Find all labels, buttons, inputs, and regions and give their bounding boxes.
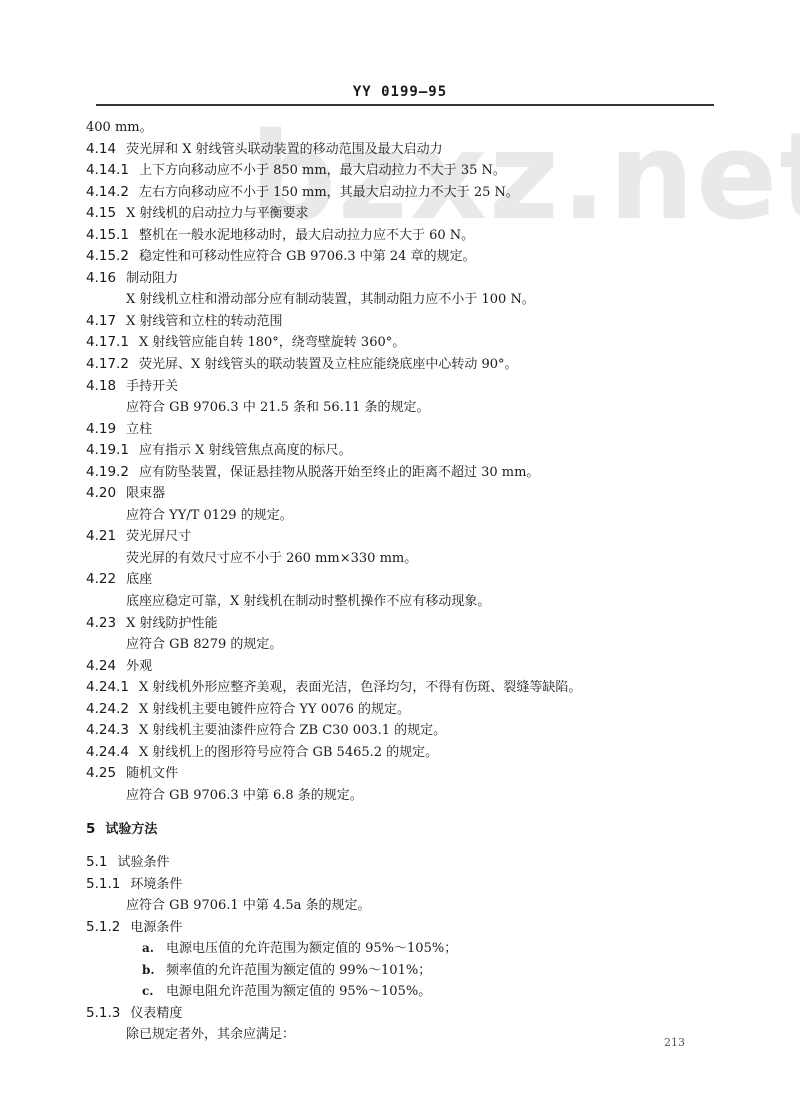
body-text: 除已规定者外，其余应满足：	[86, 1024, 726, 1046]
list-marker: c.	[142, 981, 166, 1003]
clause-text: 上下方向移动应不小于 850 mm，最大启动拉力不大于 35 N。	[139, 163, 506, 178]
clause-text: X 射线机的启动拉力与平衡要求	[126, 206, 308, 221]
clause-text: X 射线机主要电镀件应符合 YY 0076 的规定。	[139, 702, 410, 717]
list-text: 频率值的允许范围为额定值的 99%～101%；	[166, 963, 431, 978]
section-heading: 5试验方法	[86, 819, 726, 841]
clause-number: 4.24.1	[86, 677, 129, 699]
clause-line: 4.22底座	[86, 569, 726, 591]
clause-line: 4.25随机文件	[86, 763, 726, 785]
list-item: b.频率值的允许范围为额定值的 99%～101%；	[86, 960, 726, 982]
clause-text: 试验条件	[117, 855, 169, 870]
body-text: 应符合 GB 9706.3 中 21.5 条和 56.11 条的规定。	[86, 397, 726, 419]
clause-text: 稳定性和可移动性应符合 GB 9706.3 中第 24 章的规定。	[139, 249, 476, 264]
clause-number: 4.25	[86, 763, 116, 785]
header-rule	[96, 104, 714, 106]
clause-line: 4.17.2荧光屏、X 射线管头的联动装置及立柱应能绕底座中心转动 90°。	[86, 354, 726, 376]
clause-number: 4.17.2	[86, 354, 129, 376]
clause-text: 底座	[126, 572, 152, 587]
body-text: 应符合 GB 9706.3 中第 6.8 条的规定。	[86, 785, 726, 807]
clause-line: 4.24.2X 射线机主要电镀件应符合 YY 0076 的规定。	[86, 699, 726, 721]
clause-text: 环境条件	[130, 877, 182, 892]
clause-line: 4.19立柱	[86, 419, 726, 441]
clause-line: 4.24.3X 射线机主要油漆件应符合 ZB C30 003.1 的规定。	[86, 720, 726, 742]
clause-line: 5.1试验条件	[86, 852, 726, 874]
clause-text: 随机文件	[126, 766, 178, 781]
clause-number: 4.19	[86, 419, 116, 441]
clause-text: X 射线防护性能	[126, 616, 217, 631]
clause-number: 4.19.1	[86, 440, 129, 462]
list-marker: b.	[142, 960, 166, 982]
clause-number: 4.22	[86, 569, 116, 591]
clause-line: 4.15X 射线机的启动拉力与平衡要求	[86, 203, 726, 225]
clause-number: 4.23	[86, 613, 116, 635]
clause-text: 仪表精度	[130, 1006, 182, 1021]
clause-number: 4.18	[86, 376, 116, 398]
clause-number: 4.17.1	[86, 332, 129, 354]
clause-text: 荧光屏尺寸	[126, 529, 191, 544]
clause-text: 应有防坠装置，保证悬挂物从脱落开始至终止的距离不超过 30 mm。	[139, 465, 539, 480]
clause-number: 4.24.2	[86, 699, 129, 721]
clause-number: 4.14.1	[86, 160, 129, 182]
page-number: 213	[664, 1036, 685, 1049]
body-text: 底座应稳定可靠，X 射线机在制动时整机操作不应有移动现象。	[86, 591, 726, 613]
clause-number: 5.1.1	[86, 874, 120, 896]
clause-line: 4.24.1X 射线机外形应整齐美观，表面光洁，色泽均匀，不得有伤斑、裂缝等缺陷…	[86, 677, 726, 699]
clause-text: X 射线机主要油漆件应符合 ZB C30 003.1 的规定。	[139, 723, 446, 738]
body-text: X 射线机立柱和滑动部分应有制动装置，其制动阻力应不小于 100 N。	[86, 289, 726, 311]
list-item: a.电源电压值的允许范围为额定值的 95%～105%；	[86, 938, 726, 960]
clause-line: 4.19.2应有防坠装置，保证悬挂物从脱落开始至终止的距离不超过 30 mm。	[86, 462, 726, 484]
clause-text: 试验方法	[105, 822, 157, 837]
clause-text: 电源条件	[130, 920, 182, 935]
document-header: YY 0199—95	[0, 84, 800, 100]
clause-line: 4.18手持开关	[86, 376, 726, 398]
clause-line: 4.21荧光屏尺寸	[86, 526, 726, 548]
clause-line: 4.17X 射线管和立柱的转动范围	[86, 311, 726, 333]
clause-line: 4.24.4X 射线机上的图形符号应符合 GB 5465.2 的规定。	[86, 742, 726, 764]
clause-line: 4.14.2左右方向移动应不小于 150 mm，其最大启动拉力不大于 25 N。	[86, 182, 726, 204]
clause-line: 4.19.1应有指示 X 射线管焦点高度的标尺。	[86, 440, 726, 462]
clause-number: 4.24.3	[86, 720, 129, 742]
clause-text: X 射线管和立柱的转动范围	[126, 314, 282, 329]
body-text: 应符合 GB 9706.1 中第 4.5a 条的规定。	[86, 895, 726, 917]
clause-number: 4.14	[86, 139, 116, 161]
body-text: 应符合 GB 8279 的规定。	[86, 634, 726, 656]
clause-number: 5.1.2	[86, 917, 120, 939]
clause-text: 制动阻力	[126, 271, 178, 286]
clause-number: 4.24	[86, 656, 116, 678]
list-text: 电源电阻允许范围为额定值的 95%～105%。	[166, 984, 431, 999]
clause-text: 荧光屏、X 射线管头的联动装置及立柱应能绕底座中心转动 90°。	[139, 357, 518, 372]
clause-text: X 射线管应能自转 180°，绕弯壁旋转 360°。	[139, 335, 405, 350]
continuation-text: 400 mm。	[86, 117, 726, 139]
clause-line: 4.16制动阻力	[86, 268, 726, 290]
clause-text: 荧光屏和 X 射线管头联动装置的移动范围及最大启动力	[126, 142, 443, 157]
clause-text: X 射线机外形应整齐美观，表面光洁，色泽均匀，不得有伤斑、裂缝等缺陷。	[139, 680, 581, 695]
list-text: 电源电压值的允许范围为额定值的 95%～105%；	[166, 941, 457, 956]
clause-line: 4.24外观	[86, 656, 726, 678]
clause-number: 4.24.4	[86, 742, 129, 764]
clause-line: 4.17.1X 射线管应能自转 180°，绕弯壁旋转 360°。	[86, 332, 726, 354]
clause-number: 4.21	[86, 526, 116, 548]
clause-text: 整机在一般水泥地移动时，最大启动拉力应不大于 60 N。	[139, 228, 474, 243]
body-text: 荧光屏的有效尺寸应不小于 260 mm×330 mm。	[86, 548, 726, 570]
clause-number: 4.15	[86, 203, 116, 225]
clause-line: 4.14荧光屏和 X 射线管头联动装置的移动范围及最大启动力	[86, 139, 726, 161]
list-item: c.电源电阻允许范围为额定值的 95%～105%。	[86, 981, 726, 1003]
clause-text: 手持开关	[126, 379, 178, 394]
clause-line: 4.20限束器	[86, 483, 726, 505]
clause-text: X 射线机上的图形符号应符合 GB 5465.2 的规定。	[139, 745, 438, 760]
clause-text: 限束器	[126, 486, 165, 501]
clause-text: 应有指示 X 射线管焦点高度的标尺。	[139, 443, 352, 458]
clause-number: 4.14.2	[86, 182, 129, 204]
clause-number: 5	[86, 819, 95, 841]
clause-number: 4.20	[86, 483, 116, 505]
clause-text: 左右方向移动应不小于 150 mm，其最大启动拉力不大于 25 N。	[139, 185, 519, 200]
clause-text: 立柱	[126, 422, 152, 437]
clause-line: 5.1.3仪表精度	[86, 1003, 726, 1025]
document-body: 400 mm。4.14荧光屏和 X 射线管头联动装置的移动范围及最大启动力4.1…	[86, 117, 726, 1046]
spacer	[86, 807, 726, 819]
clause-number: 4.16	[86, 268, 116, 290]
clause-line: 5.1.2电源条件	[86, 917, 726, 939]
clause-number: 4.19.2	[86, 462, 129, 484]
list-marker: a.	[142, 938, 166, 960]
clause-line: 4.15.1整机在一般水泥地移动时，最大启动拉力应不大于 60 N。	[86, 225, 726, 247]
clause-number: 5.1	[86, 852, 107, 874]
clause-number: 4.15.2	[86, 246, 129, 268]
spacer	[86, 840, 726, 852]
clause-line: 4.14.1上下方向移动应不小于 850 mm，最大启动拉力不大于 35 N。	[86, 160, 726, 182]
clause-text: 外观	[126, 659, 152, 674]
clause-line: 4.15.2稳定性和可移动性应符合 GB 9706.3 中第 24 章的规定。	[86, 246, 726, 268]
clause-number: 5.1.3	[86, 1003, 120, 1025]
clause-line: 5.1.1环境条件	[86, 874, 726, 896]
clause-number: 4.15.1	[86, 225, 129, 247]
clause-number: 4.17	[86, 311, 116, 333]
body-text: 应符合 YY/T 0129 的规定。	[86, 505, 726, 527]
clause-line: 4.23X 射线防护性能	[86, 613, 726, 635]
